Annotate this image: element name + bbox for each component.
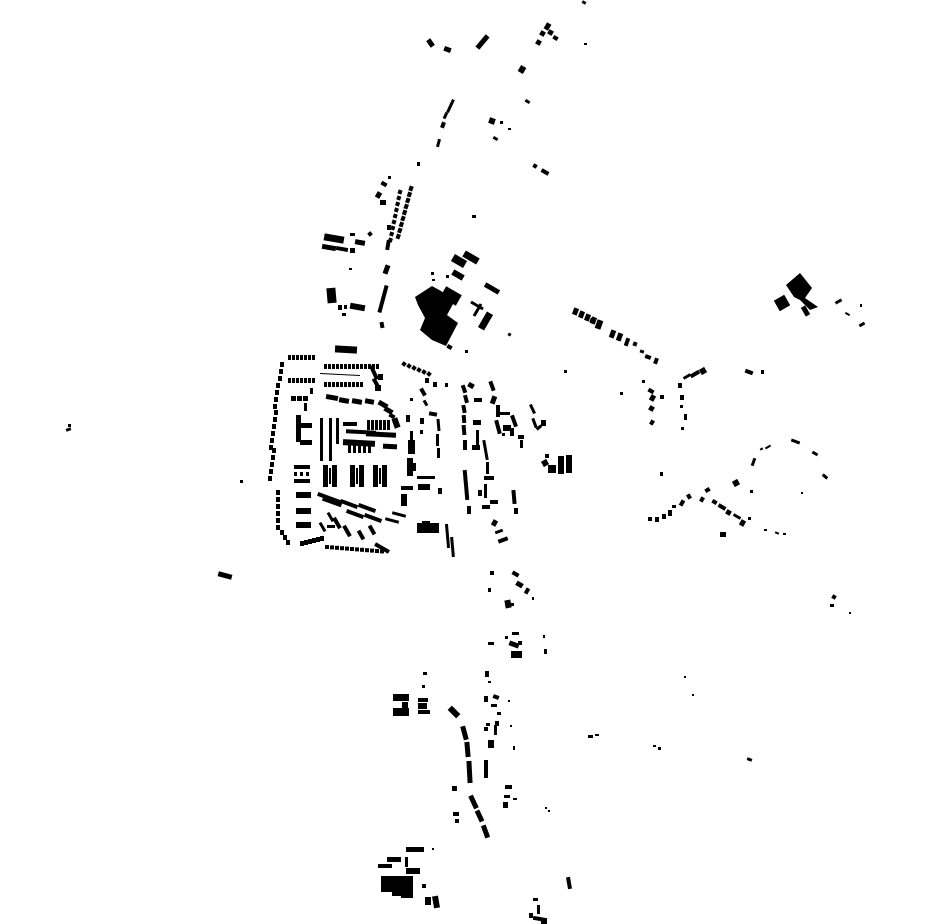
building bbox=[544, 649, 547, 654]
building bbox=[343, 422, 357, 426]
building bbox=[418, 698, 428, 702]
building bbox=[393, 694, 409, 701]
building bbox=[505, 785, 512, 789]
building bbox=[360, 364, 363, 369]
building bbox=[518, 641, 522, 645]
building bbox=[531, 418, 537, 428]
building bbox=[488, 381, 495, 392]
building bbox=[328, 382, 331, 387]
building bbox=[342, 525, 351, 537]
building bbox=[294, 472, 297, 476]
building bbox=[500, 121, 503, 124]
building bbox=[344, 364, 347, 369]
building bbox=[276, 518, 280, 523]
building bbox=[391, 219, 396, 224]
building bbox=[359, 465, 364, 487]
building bbox=[270, 438, 274, 443]
building bbox=[711, 499, 717, 505]
building bbox=[340, 499, 358, 509]
building bbox=[275, 390, 279, 395]
building bbox=[463, 395, 469, 404]
building bbox=[541, 920, 547, 924]
building bbox=[493, 136, 499, 141]
building bbox=[345, 547, 349, 551]
building bbox=[566, 877, 572, 890]
building bbox=[320, 373, 360, 376]
building bbox=[273, 404, 277, 409]
building bbox=[286, 540, 290, 545]
building bbox=[751, 458, 757, 467]
building bbox=[545, 807, 547, 809]
building bbox=[514, 508, 518, 514]
building bbox=[300, 440, 312, 445]
building bbox=[406, 868, 420, 874]
building bbox=[387, 857, 401, 862]
building bbox=[632, 341, 637, 346]
building bbox=[484, 696, 488, 702]
building bbox=[371, 420, 374, 430]
building bbox=[500, 412, 510, 415]
building bbox=[396, 195, 401, 200]
building bbox=[387, 225, 391, 230]
building bbox=[443, 46, 451, 53]
building bbox=[68, 424, 71, 427]
building bbox=[463, 440, 467, 450]
building bbox=[541, 168, 550, 175]
building bbox=[429, 411, 438, 416]
building bbox=[383, 264, 391, 274]
town-center bbox=[401, 361, 572, 557]
building bbox=[308, 355, 311, 360]
building bbox=[690, 370, 701, 378]
building bbox=[725, 509, 732, 516]
building bbox=[366, 431, 396, 438]
building bbox=[296, 508, 299, 514]
building bbox=[422, 685, 425, 688]
building bbox=[380, 549, 384, 553]
building bbox=[322, 244, 337, 251]
building bbox=[822, 473, 829, 479]
building bbox=[830, 604, 834, 607]
building bbox=[478, 490, 482, 496]
building bbox=[360, 548, 364, 552]
building bbox=[330, 545, 334, 549]
building bbox=[732, 479, 740, 487]
building bbox=[218, 571, 233, 579]
building bbox=[408, 440, 415, 454]
building bbox=[518, 65, 527, 74]
building bbox=[382, 465, 387, 487]
building bbox=[616, 332, 623, 341]
building bbox=[336, 418, 339, 444]
building bbox=[504, 795, 510, 798]
building bbox=[496, 405, 500, 417]
building bbox=[668, 510, 672, 516]
building bbox=[494, 420, 501, 435]
building bbox=[419, 388, 426, 397]
building bbox=[647, 388, 654, 394]
building bbox=[405, 857, 408, 867]
building bbox=[383, 420, 386, 430]
building bbox=[425, 897, 431, 905]
building bbox=[764, 529, 767, 531]
south-west-farm bbox=[378, 847, 440, 908]
building bbox=[368, 525, 376, 536]
building bbox=[486, 723, 490, 726]
building bbox=[511, 651, 522, 658]
building bbox=[475, 810, 485, 823]
building bbox=[672, 505, 676, 508]
building bbox=[268, 476, 272, 481]
building bbox=[288, 355, 291, 360]
building bbox=[475, 34, 489, 49]
building bbox=[432, 848, 434, 850]
building bbox=[511, 603, 514, 606]
building bbox=[488, 588, 491, 592]
building bbox=[352, 382, 355, 387]
building bbox=[488, 681, 491, 683]
building bbox=[750, 490, 753, 493]
building bbox=[704, 487, 710, 493]
building bbox=[240, 480, 243, 483]
building bbox=[350, 547, 354, 551]
building bbox=[352, 398, 363, 405]
building bbox=[446, 344, 452, 350]
building bbox=[300, 355, 303, 360]
building bbox=[296, 415, 301, 442]
building bbox=[648, 517, 652, 521]
building bbox=[446, 275, 449, 278]
building bbox=[385, 517, 399, 524]
building bbox=[548, 810, 550, 812]
building bbox=[541, 459, 549, 467]
building bbox=[305, 522, 308, 528]
building bbox=[375, 385, 381, 391]
building bbox=[733, 513, 741, 520]
building bbox=[280, 362, 284, 367]
building bbox=[541, 420, 546, 426]
building bbox=[407, 191, 412, 197]
building bbox=[437, 448, 440, 458]
building bbox=[545, 454, 549, 458]
building bbox=[344, 305, 347, 309]
building bbox=[518, 435, 524, 439]
building bbox=[681, 427, 684, 430]
building bbox=[344, 382, 347, 387]
building bbox=[358, 503, 376, 513]
building bbox=[319, 522, 327, 532]
building bbox=[405, 197, 410, 203]
building bbox=[431, 272, 434, 275]
building bbox=[279, 369, 283, 374]
building bbox=[438, 488, 442, 494]
building bbox=[812, 451, 819, 457]
building bbox=[510, 428, 514, 436]
building bbox=[390, 225, 395, 230]
building bbox=[452, 786, 457, 791]
building bbox=[461, 405, 466, 414]
building bbox=[418, 710, 430, 714]
building bbox=[357, 530, 365, 541]
building bbox=[379, 468, 381, 484]
building bbox=[564, 370, 567, 373]
building bbox=[269, 469, 273, 474]
building bbox=[296, 522, 299, 528]
building bbox=[433, 382, 437, 387]
building bbox=[486, 462, 489, 474]
building bbox=[765, 445, 771, 450]
building bbox=[532, 597, 534, 600]
building bbox=[426, 38, 435, 47]
building bbox=[308, 539, 312, 544]
building bbox=[648, 405, 655, 412]
building bbox=[859, 322, 866, 328]
building bbox=[783, 533, 786, 535]
building bbox=[835, 298, 843, 304]
building bbox=[420, 430, 423, 434]
building bbox=[662, 514, 666, 519]
building bbox=[774, 295, 790, 311]
building bbox=[393, 708, 409, 716]
isolated-buildings bbox=[66, 424, 243, 580]
building bbox=[624, 338, 630, 347]
building bbox=[328, 364, 331, 369]
building bbox=[336, 382, 339, 387]
building bbox=[376, 364, 379, 369]
building bbox=[296, 378, 299, 383]
building bbox=[303, 396, 308, 401]
building bbox=[582, 0, 587, 5]
building bbox=[525, 99, 531, 104]
building bbox=[292, 378, 295, 383]
building bbox=[497, 712, 501, 715]
building bbox=[443, 112, 449, 120]
building bbox=[274, 410, 278, 415]
building bbox=[300, 423, 312, 428]
building bbox=[508, 640, 519, 648]
building bbox=[294, 479, 310, 483]
building bbox=[532, 163, 537, 168]
building bbox=[488, 642, 494, 645]
building bbox=[375, 420, 378, 430]
building bbox=[537, 905, 540, 914]
building bbox=[353, 445, 356, 453]
building bbox=[699, 367, 707, 375]
building bbox=[699, 496, 705, 502]
building bbox=[270, 462, 274, 467]
building bbox=[365, 548, 369, 552]
building bbox=[278, 376, 282, 381]
building bbox=[432, 279, 435, 281]
building bbox=[462, 425, 467, 435]
building bbox=[306, 472, 309, 476]
building bbox=[350, 248, 355, 253]
building bbox=[363, 445, 366, 453]
building bbox=[543, 635, 545, 638]
building bbox=[718, 503, 727, 510]
building bbox=[533, 898, 538, 901]
building bbox=[831, 594, 836, 599]
building bbox=[463, 470, 470, 500]
building bbox=[481, 825, 490, 839]
building bbox=[416, 367, 422, 373]
building bbox=[461, 385, 467, 394]
building bbox=[401, 486, 413, 490]
building bbox=[747, 757, 753, 762]
building bbox=[394, 207, 399, 212]
building bbox=[299, 508, 302, 514]
building bbox=[552, 35, 558, 41]
building bbox=[370, 549, 374, 553]
building bbox=[329, 468, 331, 484]
building bbox=[495, 529, 504, 535]
building bbox=[388, 176, 391, 179]
building bbox=[484, 476, 494, 480]
building bbox=[472, 445, 480, 450]
building bbox=[658, 747, 661, 750]
building bbox=[468, 795, 478, 810]
building bbox=[342, 313, 346, 316]
building bbox=[395, 201, 400, 206]
building bbox=[686, 493, 692, 499]
building bbox=[684, 676, 686, 678]
building bbox=[467, 382, 475, 389]
building bbox=[364, 513, 382, 523]
building bbox=[380, 322, 385, 329]
building bbox=[403, 203, 408, 209]
building bbox=[324, 233, 345, 243]
building bbox=[418, 703, 427, 709]
building bbox=[288, 378, 291, 383]
building bbox=[273, 417, 277, 422]
building bbox=[423, 672, 427, 675]
building bbox=[387, 420, 390, 430]
building bbox=[445, 524, 450, 548]
building bbox=[417, 162, 420, 166]
building bbox=[299, 492, 302, 498]
building bbox=[620, 392, 623, 395]
building bbox=[484, 727, 488, 731]
building bbox=[406, 847, 424, 852]
building bbox=[484, 760, 488, 778]
building bbox=[484, 282, 500, 294]
building bbox=[300, 378, 303, 383]
building bbox=[801, 492, 803, 494]
building bbox=[389, 231, 394, 236]
building bbox=[720, 532, 726, 537]
central-industrial-complex bbox=[415, 250, 512, 353]
building bbox=[448, 706, 461, 719]
building bbox=[329, 453, 332, 461]
building bbox=[478, 311, 493, 330]
building bbox=[466, 761, 472, 783]
building bbox=[305, 492, 308, 498]
building bbox=[680, 405, 683, 408]
building bbox=[678, 383, 682, 388]
building bbox=[845, 312, 850, 316]
building bbox=[299, 522, 302, 528]
building bbox=[276, 497, 280, 502]
building bbox=[312, 538, 316, 543]
building bbox=[507, 332, 511, 336]
building bbox=[336, 364, 339, 369]
building bbox=[482, 505, 490, 509]
building bbox=[296, 355, 299, 360]
building bbox=[739, 519, 746, 527]
building bbox=[381, 876, 393, 892]
building bbox=[595, 734, 599, 736]
building bbox=[588, 735, 593, 738]
building bbox=[760, 447, 764, 450]
building bbox=[340, 546, 344, 550]
building bbox=[498, 536, 509, 543]
building bbox=[360, 382, 363, 387]
building bbox=[397, 227, 402, 233]
building bbox=[271, 431, 275, 436]
building bbox=[335, 546, 339, 550]
building bbox=[308, 508, 311, 514]
building bbox=[505, 636, 508, 639]
building bbox=[320, 453, 323, 461]
building bbox=[640, 349, 645, 353]
building bbox=[649, 419, 655, 425]
building bbox=[422, 884, 426, 888]
building bbox=[378, 864, 392, 868]
building bbox=[410, 398, 413, 401]
building bbox=[356, 382, 359, 387]
building bbox=[644, 354, 651, 360]
building bbox=[446, 99, 455, 113]
eastern-hamlet bbox=[774, 273, 866, 327]
building bbox=[482, 440, 488, 460]
building bbox=[402, 702, 408, 708]
building bbox=[508, 128, 511, 130]
building bbox=[436, 434, 439, 446]
building bbox=[325, 545, 329, 549]
building bbox=[488, 117, 496, 125]
building bbox=[432, 896, 440, 909]
building bbox=[660, 395, 664, 399]
building bbox=[423, 400, 429, 407]
building bbox=[320, 536, 324, 541]
building bbox=[274, 397, 278, 402]
building bbox=[451, 269, 464, 280]
building bbox=[350, 233, 355, 236]
building bbox=[66, 427, 72, 432]
building bbox=[339, 397, 350, 404]
building bbox=[327, 512, 335, 522]
building bbox=[312, 355, 315, 360]
building bbox=[402, 209, 407, 215]
building bbox=[393, 213, 398, 218]
building bbox=[680, 395, 684, 400]
building bbox=[467, 506, 471, 514]
building bbox=[490, 395, 497, 404]
building bbox=[548, 465, 556, 473]
building bbox=[400, 215, 405, 221]
building bbox=[401, 361, 407, 367]
building bbox=[358, 445, 361, 453]
building bbox=[378, 374, 383, 380]
building bbox=[513, 798, 517, 800]
building bbox=[745, 369, 754, 375]
building bbox=[304, 378, 307, 383]
building bbox=[391, 417, 400, 428]
building bbox=[535, 39, 542, 46]
building bbox=[609, 329, 616, 338]
building bbox=[348, 445, 351, 453]
building bbox=[653, 745, 656, 747]
